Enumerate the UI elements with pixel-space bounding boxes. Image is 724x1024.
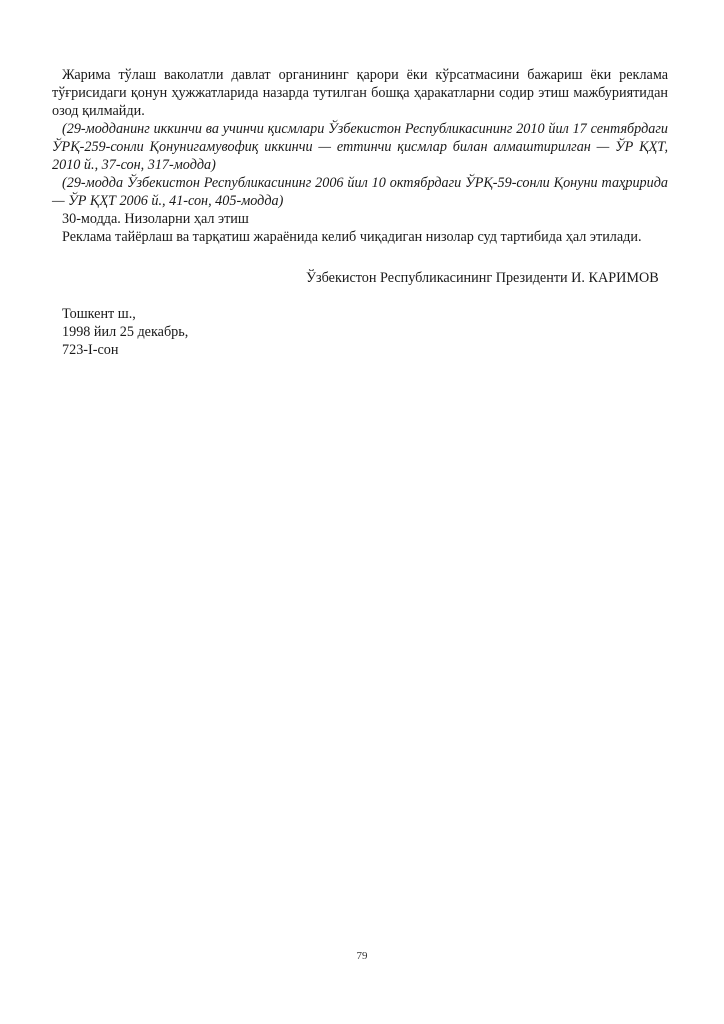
law-number: 723-I-сон (62, 341, 188, 359)
date: 1998 йил 25 декабрь, (62, 323, 188, 341)
document-body: Жарима тўлаш ваколатли давлат органининг… (52, 66, 668, 246)
city: Тошкент ш., (62, 305, 188, 323)
article-30-text: Реклама тайёрлаш ва тарқатиш жараёнида к… (52, 228, 668, 246)
article-30-heading: 30-модда. Низоларни ҳал этиш (52, 210, 668, 228)
president-signature: Ўзбекистон Республикасининг Президенти И… (306, 269, 659, 287)
page-number: 79 (0, 950, 724, 962)
paragraph-amendment-note-2010: (29-модданинг иккинчи ва учинчи қисмлари… (52, 120, 668, 174)
place-date-block: Тошкент ш., 1998 йил 25 декабрь, 723-I-с… (62, 305, 188, 359)
paragraph-fine-exemption: Жарима тўлаш ваколатли давлат органининг… (52, 66, 668, 120)
paragraph-amendment-note-2006: (29-модда Ўзбекистон Республикасининг 20… (52, 174, 668, 210)
